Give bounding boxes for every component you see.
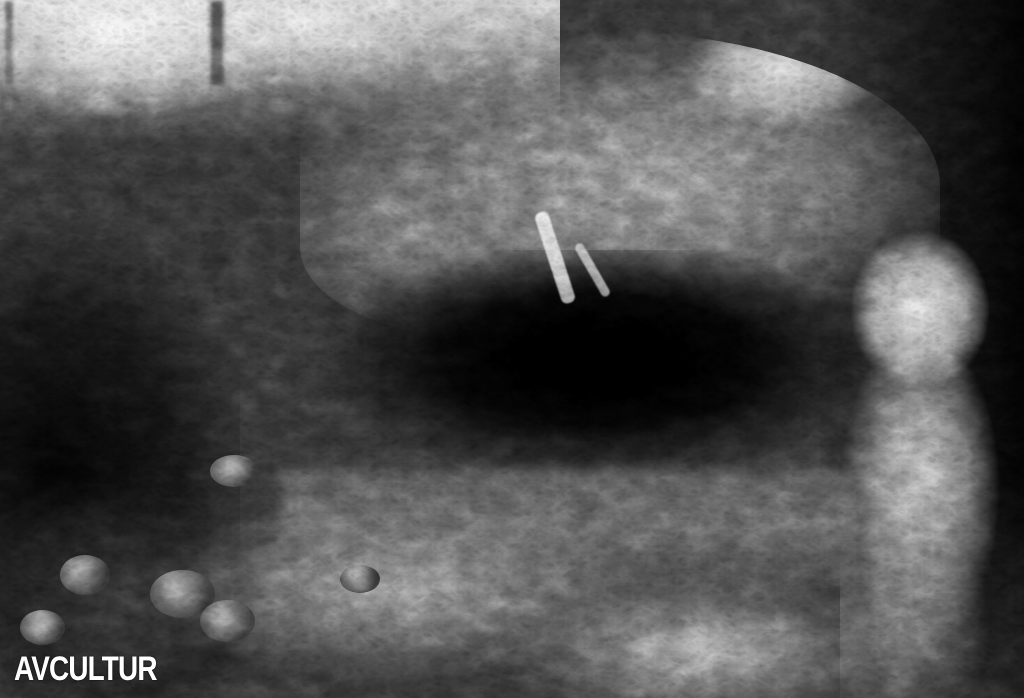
ruin-photograph: AVCULTUR <box>0 0 1024 698</box>
grain-texture-fine <box>0 0 1024 698</box>
watermark-text: AVCULTUR <box>14 651 157 687</box>
